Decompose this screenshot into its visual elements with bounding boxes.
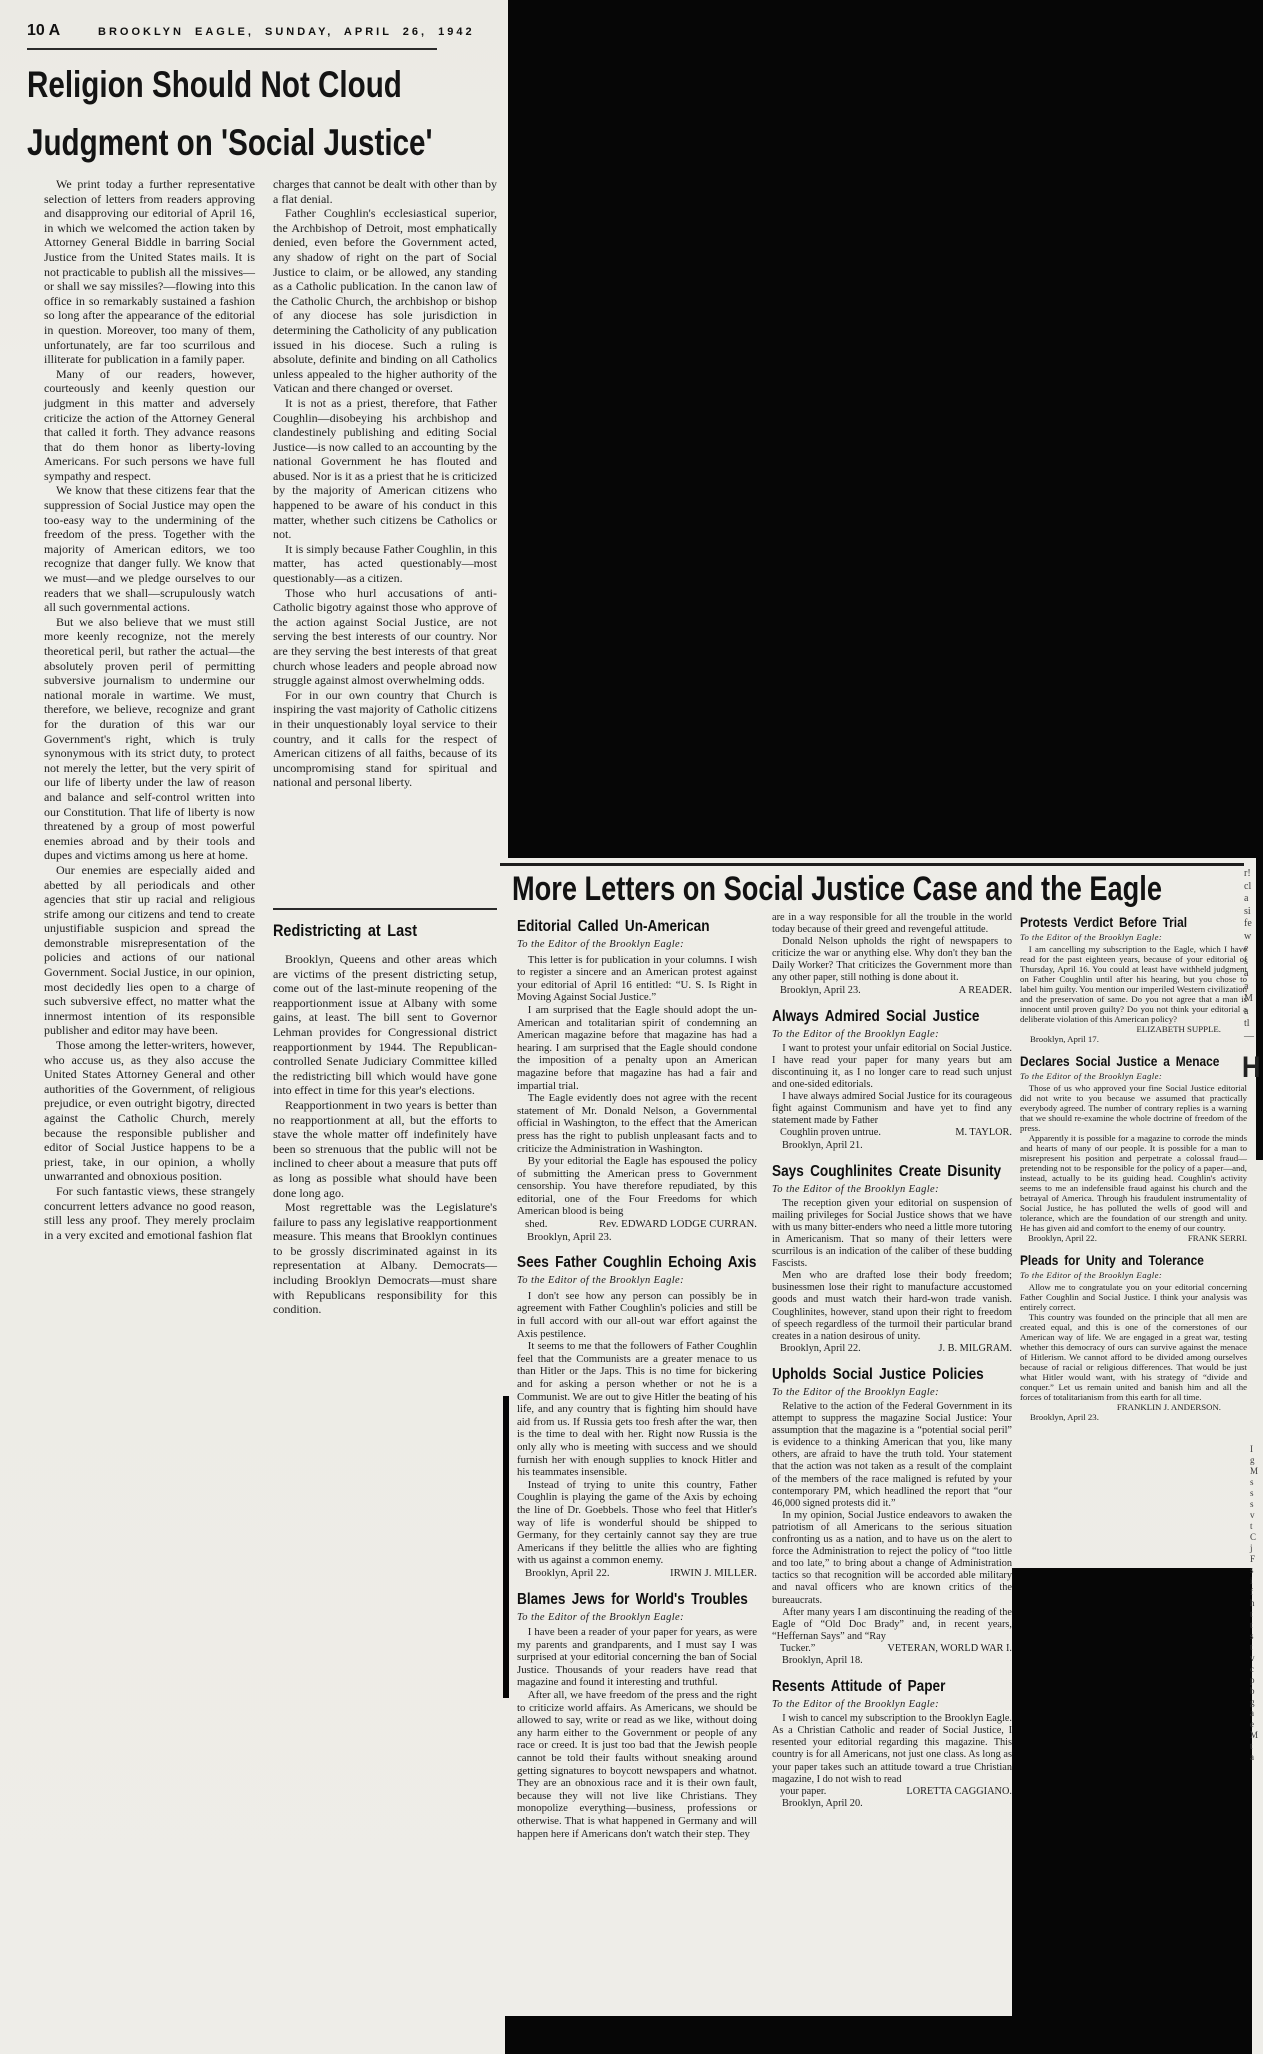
letter-salutation: To the Editor of the Brooklyn Eagle: (772, 1029, 1012, 1041)
letter-declares-social-justice-a-menace: Declares Social Justice a Menace To the … (1020, 1053, 1247, 1243)
letter-salutation: To the Editor of the Brooklyn Eagle: (772, 1387, 1012, 1399)
letter-heading: Editorial Called Un-American (517, 918, 721, 936)
letter-body: I have been a reader of your paper for y… (517, 1626, 757, 1840)
signature-name: FRANKLIN J. ANDERSON. (1020, 1402, 1247, 1412)
signature-name: ELIZABETH SUPPLE. (1020, 1024, 1247, 1034)
page-title-line1: Religion Should Not Cloud (27, 64, 402, 106)
letter-salutation: To the Editor of the Brooklyn Eagle: (772, 1699, 1012, 1711)
letter-heading: Upholds Social Justice Policies (772, 1366, 976, 1384)
page-edge-text-fragments-bottom: I g M s s s v t C j F s i f h t t s t v … (1250, 1444, 1263, 1763)
letter-signature-row: Coughlin proven untrue. M. TAYLOR. (772, 1127, 1012, 1139)
redistricting-heading: Redistricting at Last (273, 921, 417, 941)
signature-name: IRWIN J. MILLER. (670, 1567, 757, 1580)
editorial-column-1: We print today a further representative … (44, 177, 255, 1242)
signature-name: A READER. (959, 985, 1012, 997)
letter-signature-row: Tucker.” VETERAN, WORLD WAR I. (772, 1643, 1012, 1655)
letters-column-2: are in a way responsible for all the tro… (772, 912, 1012, 1810)
page-edge-large-letter: H (1242, 1052, 1260, 1084)
letter-salutation: To the Editor of the Brooklyn Eagle: (1020, 932, 1247, 942)
letter-date: Brooklyn, April 18. (772, 1655, 1012, 1667)
letter-heading: Declares Social Justice a Menace (1020, 1053, 1213, 1069)
letter-salutation: To the Editor of the Brooklyn Eagle: (517, 939, 757, 952)
letter-body: I don't see how any person can possibly … (517, 1290, 757, 1567)
signature-left: Coughlin proven untrue. (772, 1127, 881, 1139)
letter-heading: Resents Attitude of Paper (772, 1678, 976, 1696)
letter-date: Brooklyn, April 22. (772, 1343, 861, 1355)
redistricting-rule (273, 908, 497, 910)
letter-date: Brooklyn, April 17. (1020, 1034, 1247, 1044)
letter-heading: Pleads for Unity and Tolerance (1020, 1252, 1213, 1268)
letter-salutation: To the Editor of the Brooklyn Eagle: (1020, 1071, 1247, 1081)
newspaper-page: 10 A BROOKLYN EAGLE, SUNDAY, APRIL 26, 1… (0, 0, 1263, 2054)
letter-signature-row: your paper. LORETTA CAGGIANO. (772, 1786, 1012, 1798)
letters-headline: More Letters on Social Justice Case and … (512, 870, 1162, 908)
letter-date: Brooklyn, April 23. (1020, 1412, 1247, 1422)
signature-left: your paper. (772, 1786, 826, 1798)
signature-name: Rev. EDWARD LODGE CURRAN. (599, 1218, 757, 1231)
letter-editorial-called-unamerican: Editorial Called Un-American To the Edit… (517, 918, 757, 1243)
letter-pleads-for-unity-and-tolerance: Pleads for Unity and Tolerance To the Ed… (1020, 1252, 1247, 1422)
letter-body: The reception given your editorial on su… (772, 1198, 1012, 1343)
scan-void-bottom-bar (505, 2016, 1014, 2054)
letter-salutation: To the Editor of the Brooklyn Eagle: (517, 1612, 757, 1625)
letter-date: Brooklyn, April 23. (517, 1231, 757, 1244)
letter-continuation: are in a way responsible for all the tro… (772, 912, 1012, 997)
letter-body: Relative to the action of the Federal Go… (772, 1401, 1012, 1643)
scan-void-block-bottom-right (1012, 1568, 1252, 2054)
letter-date: Brooklyn, April 23. (772, 985, 861, 997)
letter-signature-row: Brooklyn, April 22. J. B. MILGRAM. (772, 1343, 1012, 1355)
signature-name: M. TAYLOR. (955, 1127, 1012, 1139)
letter-date: Brooklyn, April 22. (517, 1567, 610, 1580)
header-rule (27, 48, 437, 50)
letter-always-admired-social-justice: Always Admired Social Justice To the Edi… (772, 1008, 1012, 1152)
letter-signature-row: Brooklyn, April 22. FRANK SERRI. (1020, 1233, 1247, 1243)
letter-body: I wish to cancel my subscription to the … (772, 1713, 1012, 1786)
letter-sees-father-coughlin-echoing-axis: Sees Father Coughlin Echoing Axis To the… (517, 1254, 757, 1579)
letter-body: Allow me to congratulate you on your edi… (1020, 1282, 1247, 1402)
signature-left: Tucker.” (772, 1643, 815, 1655)
masthead: BROOKLYN EAGLE, SUNDAY, APRIL 26, 1942 (98, 25, 475, 39)
page-title-line2: Judgment on 'Social Justice' (27, 122, 433, 164)
letter-date: Brooklyn, April 20. (772, 1798, 1012, 1810)
letter-says-coughlinites-create-disunity: Says Coughlinites Create Disunity To the… (772, 1163, 1012, 1355)
letter-salutation: To the Editor of the Brooklyn Eagle: (772, 1184, 1012, 1196)
letter-body: I am cancelling my subscription to the E… (1020, 944, 1247, 1024)
scan-artifact-left-sliver (503, 1396, 509, 1698)
letter-heading: Blames Jews for World's Troubles (517, 1591, 721, 1609)
editorial-column-2: charges that cannot be dealt with other … (273, 177, 497, 790)
signature-name: LORETTA CAGGIANO. (906, 1786, 1012, 1798)
letter-body: Those of us who approved your fine Socia… (1020, 1083, 1247, 1233)
letter-body: I want to protest your unfair editorial … (772, 1043, 1012, 1128)
letter-upholds-social-justice-policies: Upholds Social Justice Policies To the E… (772, 1366, 1012, 1667)
letter-body: This letter is for publication in your c… (517, 954, 757, 1218)
letter-signature-row: Brooklyn, April 23. A READER. (772, 985, 1012, 997)
letter-signature-row: Brooklyn, April 22. IRWIN J. MILLER. (517, 1567, 757, 1580)
signature-name: J. B. MILGRAM. (938, 1343, 1012, 1355)
signature-name: VETERAN, WORLD WAR I. (887, 1643, 1012, 1655)
scan-void-block-top (508, 0, 1256, 858)
redistricting-body: Brooklyn, Queens and other areas which a… (273, 952, 497, 1317)
letters-column-3: Protests Verdict Before Trial To the Edi… (1020, 912, 1247, 1422)
letter-heading: Protests Verdict Before Trial (1020, 914, 1213, 930)
letter-heading: Says Coughlinites Create Disunity (772, 1163, 976, 1181)
signature-name: FRANK SERRI. (1188, 1233, 1247, 1243)
letter-resents-attitude-of-paper: Resents Attitude of Paper To the Editor … (772, 1678, 1012, 1810)
letter-date: Brooklyn, April 22. (1020, 1233, 1097, 1243)
letter-protests-verdict-before-trial: Protests Verdict Before Trial To the Edi… (1020, 914, 1247, 1044)
letters-headline-rule (500, 863, 1244, 866)
letter-salutation: To the Editor of the Brooklyn Eagle: (517, 1275, 757, 1288)
letter-signature-row: shed. Rev. EDWARD LODGE CURRAN. (517, 1218, 757, 1231)
letter-date: Brooklyn, April 21. (772, 1140, 1012, 1152)
letter-salutation: To the Editor of the Brooklyn Eagle: (1020, 1270, 1247, 1280)
letter-heading: Sees Father Coughlin Echoing Axis (517, 1254, 721, 1272)
page-number: 10 A (27, 22, 60, 40)
letters-column-1: Editorial Called Un-American To the Edit… (517, 916, 757, 1840)
page-edge-text-fragments-top: r! cl a si fe w e s a a M a tl — (1244, 868, 1262, 1043)
letter-heading: Always Admired Social Justice (772, 1008, 976, 1026)
letter-blames-jews-for-worlds-troubles: Blames Jews for World's Troubles To the … (517, 1591, 757, 1841)
letter-body: are in a way responsible for all the tro… (772, 912, 1012, 985)
signature-left: shed. (517, 1218, 548, 1231)
